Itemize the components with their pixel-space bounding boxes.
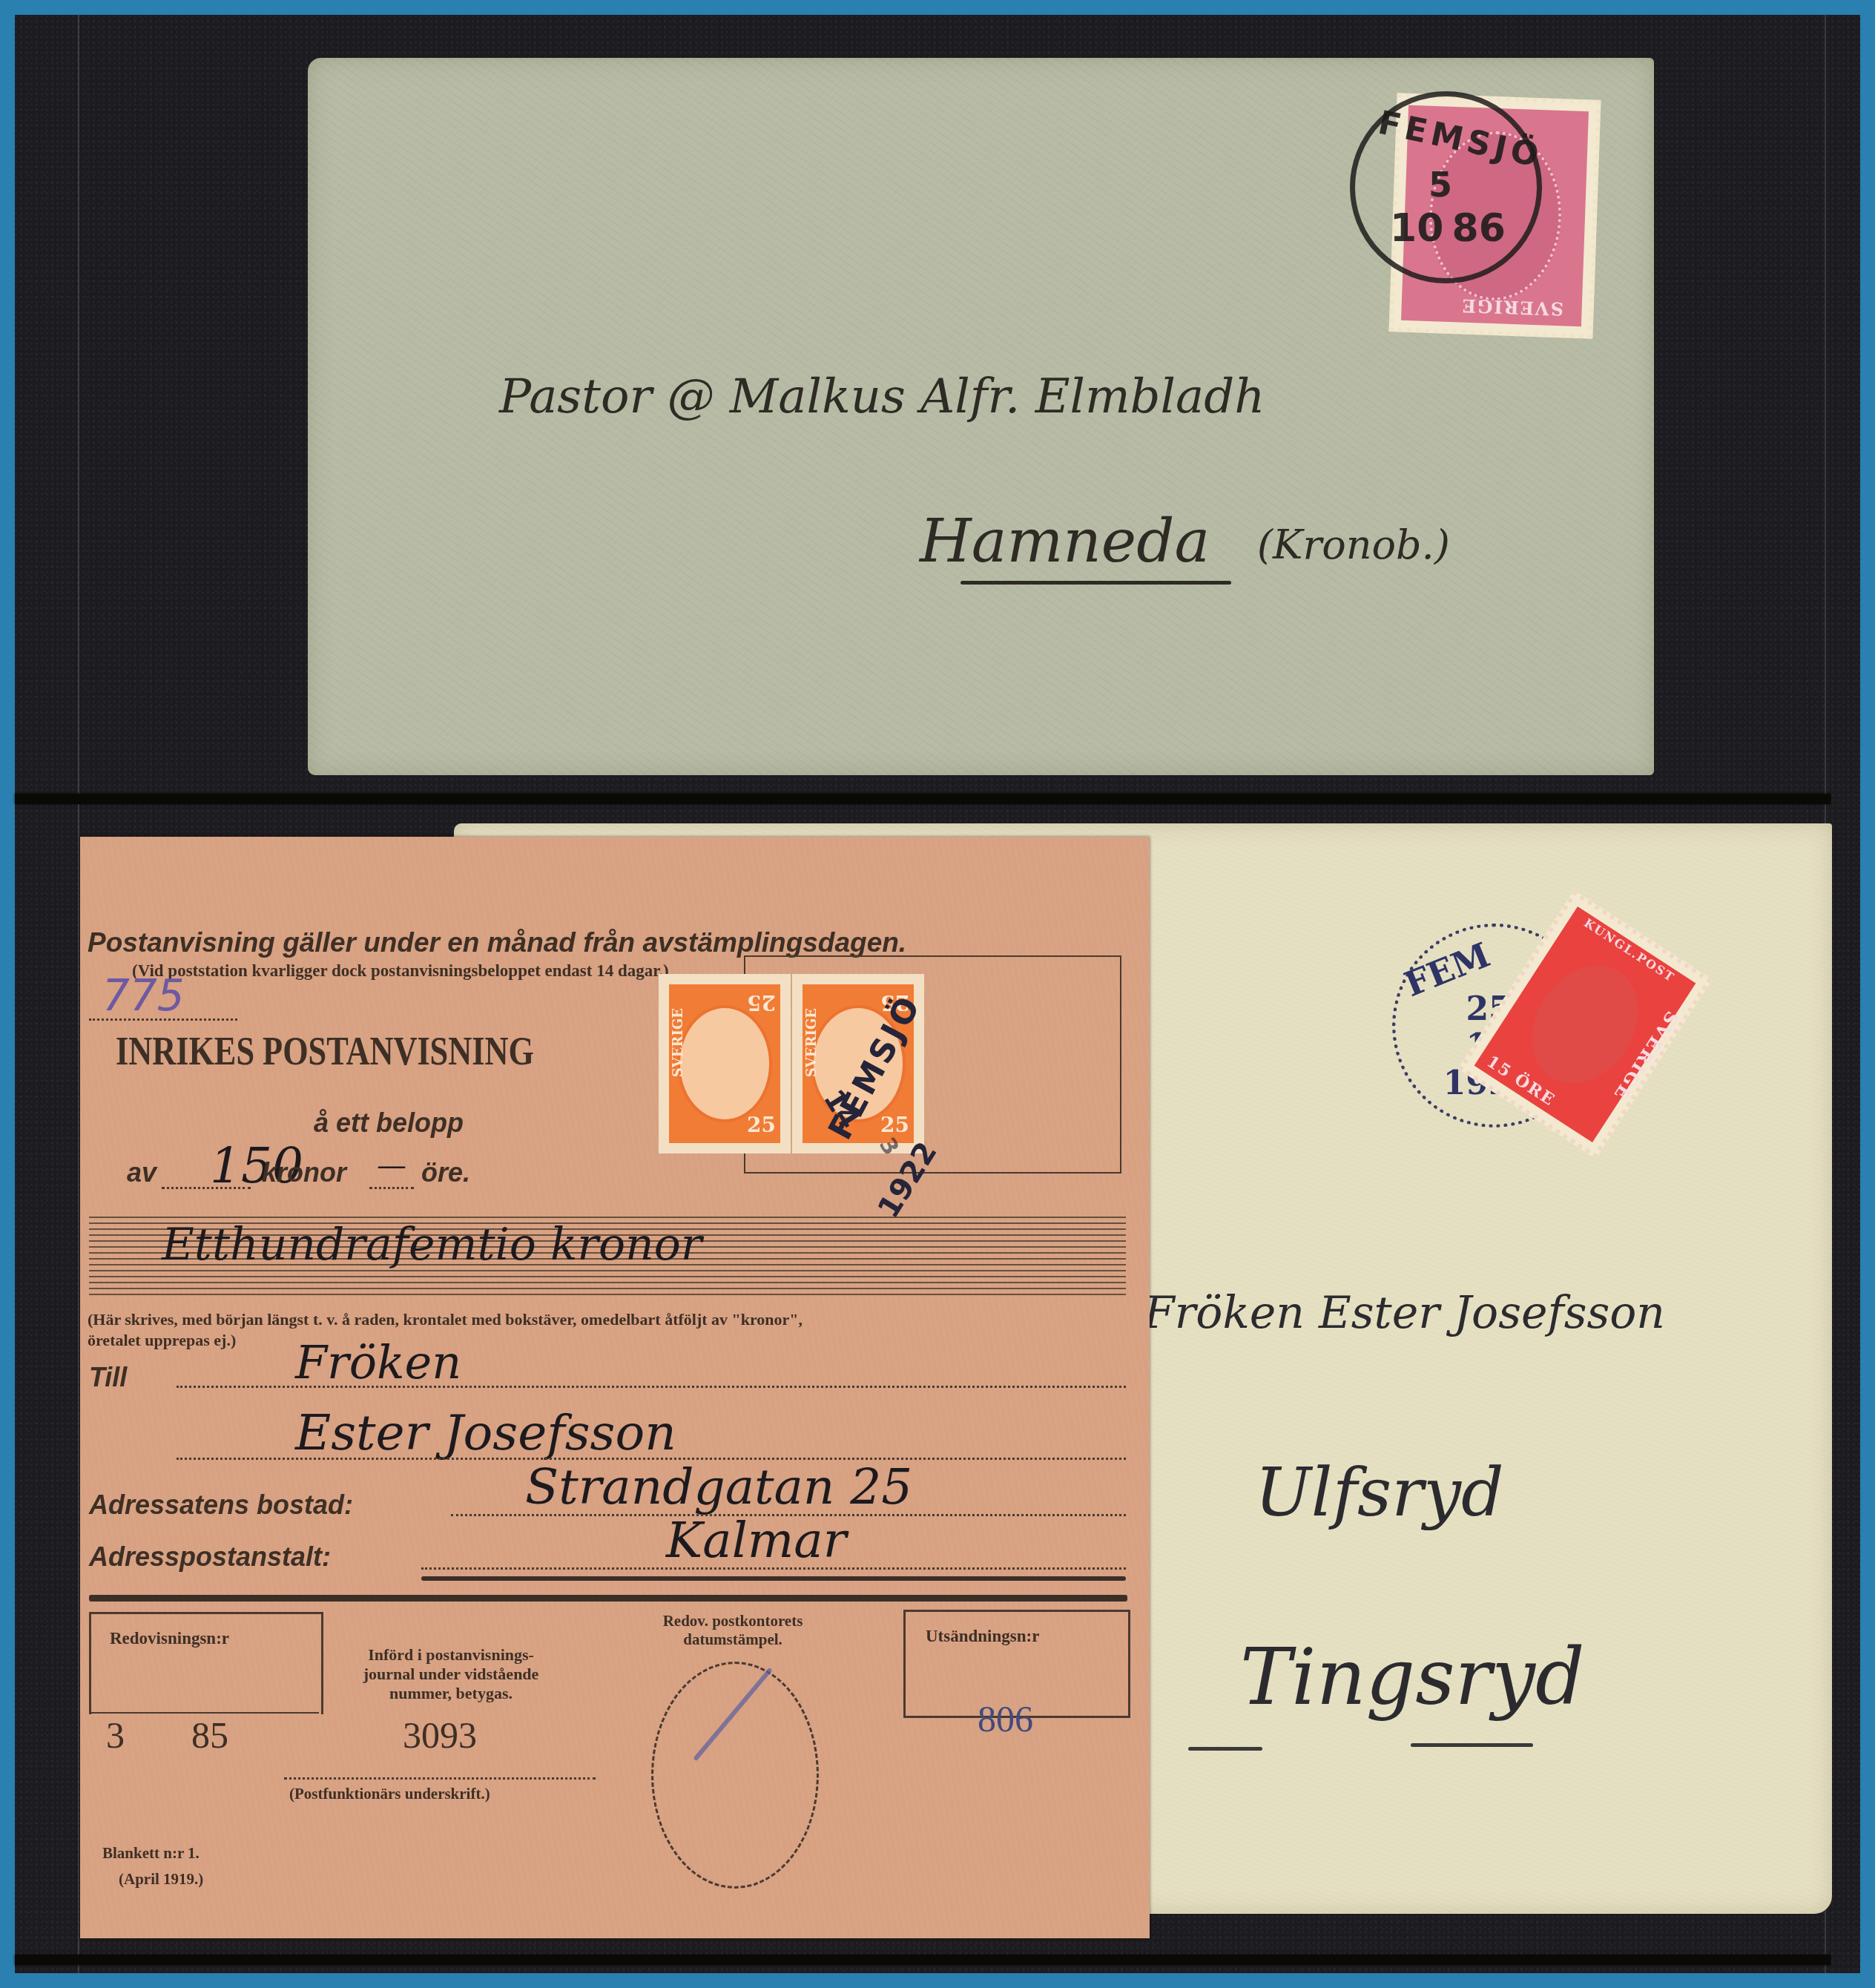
reference-line (89, 1018, 237, 1021)
stamp-value: 25 (747, 1113, 776, 1137)
stamp-country: SVERIGE (804, 1008, 820, 1077)
validity-notice: Postanvisning gäller under en månad från… (88, 927, 906, 958)
redovisning-box (89, 1612, 323, 1714)
address-town: Tingsryd (1240, 1632, 1585, 1722)
ore-label: öre. (421, 1157, 470, 1188)
address-town: Hamneda (920, 507, 1210, 576)
form-date: (April 1919.) (119, 1870, 203, 1889)
stamp-value: 25 (747, 990, 776, 1015)
postmark-1886: FEMSJÖ 5 10 86 (1350, 91, 1542, 283)
kronor-label: kronor (262, 1157, 346, 1188)
recipient-name: Ester Josefsson (295, 1404, 676, 1461)
bostad-label: Adressatens bostad: (89, 1490, 353, 1521)
redovisning-value-1: 3 (106, 1714, 125, 1757)
amount-line (162, 1187, 251, 1189)
ore-value: — (377, 1148, 406, 1182)
address-name: Pastor @ Malkus Alfr. Elmbladh (499, 369, 1265, 424)
journal-text: Införd i postanvisnings- journal under v… (340, 1645, 562, 1703)
form-title: INRIKES POSTANVISNING (116, 1028, 534, 1074)
address-underline (1188, 1747, 1262, 1751)
till-line (177, 1386, 1126, 1388)
page-guide-line (78, 15, 79, 1973)
validity-subnotice: (Vid poststation kvarligger dock postanv… (132, 961, 669, 981)
utsandning-label: Utsändningsn:r (926, 1627, 1039, 1646)
ore-line (369, 1187, 414, 1189)
postanstalt-value: Kalmar (666, 1512, 846, 1569)
address-underline (1411, 1743, 1533, 1747)
address-underline (960, 581, 1231, 585)
amount-in-words: Etthundrafemtio kronor (162, 1219, 702, 1271)
signature-label: (Postfunktionärs underskrift.) (289, 1785, 490, 1803)
mount-strip (15, 794, 1830, 804)
recipient-title: Fröken (295, 1335, 461, 1389)
datestamp-circle (651, 1662, 819, 1889)
stamp-country: SVERIGE (1460, 294, 1563, 320)
postanstalt-rule (421, 1576, 1126, 1581)
envelope-1886: SVERIGE FEMSJÖ 5 10 86 Pastor @ Malkus A… (308, 58, 1654, 775)
till-label: Till (89, 1362, 127, 1393)
amount-prefix: av (127, 1157, 156, 1188)
mount-strip (15, 1955, 1830, 1965)
words-instruction-2: öretalet upprepas ej.) (88, 1331, 236, 1350)
datestamp-label: Redov. postkontorets datumstämpel. (647, 1612, 818, 1649)
amount-label: å ett belopp (314, 1107, 464, 1139)
address-name: Fröken Ester Josefsson (1144, 1287, 1665, 1339)
money-order-form: Postanvisning gäller under en månad från… (80, 837, 1150, 1938)
journal-number: 3093 (403, 1714, 477, 1757)
stamp-country: SVERIGE (670, 1008, 686, 1077)
postmark-day: 5 (1355, 165, 1526, 205)
address-village: Ulfsryd (1255, 1454, 1504, 1532)
redovisning-value-2: 85 (191, 1714, 228, 1757)
postanstalt-label: Adresspostanstalt: (89, 1541, 331, 1573)
address-county: (Kronob.) (1257, 521, 1450, 568)
redovisning-label: Redovisningsn:r (110, 1629, 229, 1648)
signature-line (284, 1777, 596, 1780)
postanstalt-line (421, 1567, 1126, 1570)
form-number: Blankett n:r 1. (102, 1844, 200, 1863)
bostad-value: Strandgatan 25 (525, 1458, 912, 1515)
section-divider (89, 1595, 1127, 1602)
handwritten-reference: 775 (102, 970, 185, 1021)
utsandning-value: 806 (978, 1697, 1033, 1740)
postmark-town: FEMSJÖ (1375, 104, 1514, 168)
words-instruction: (Här skrives, med början längst t. v. å … (88, 1310, 803, 1329)
postmark-date: 10 86 (1377, 206, 1518, 251)
orange-stamp-1: 25 25 SVERIGE (659, 974, 791, 1153)
